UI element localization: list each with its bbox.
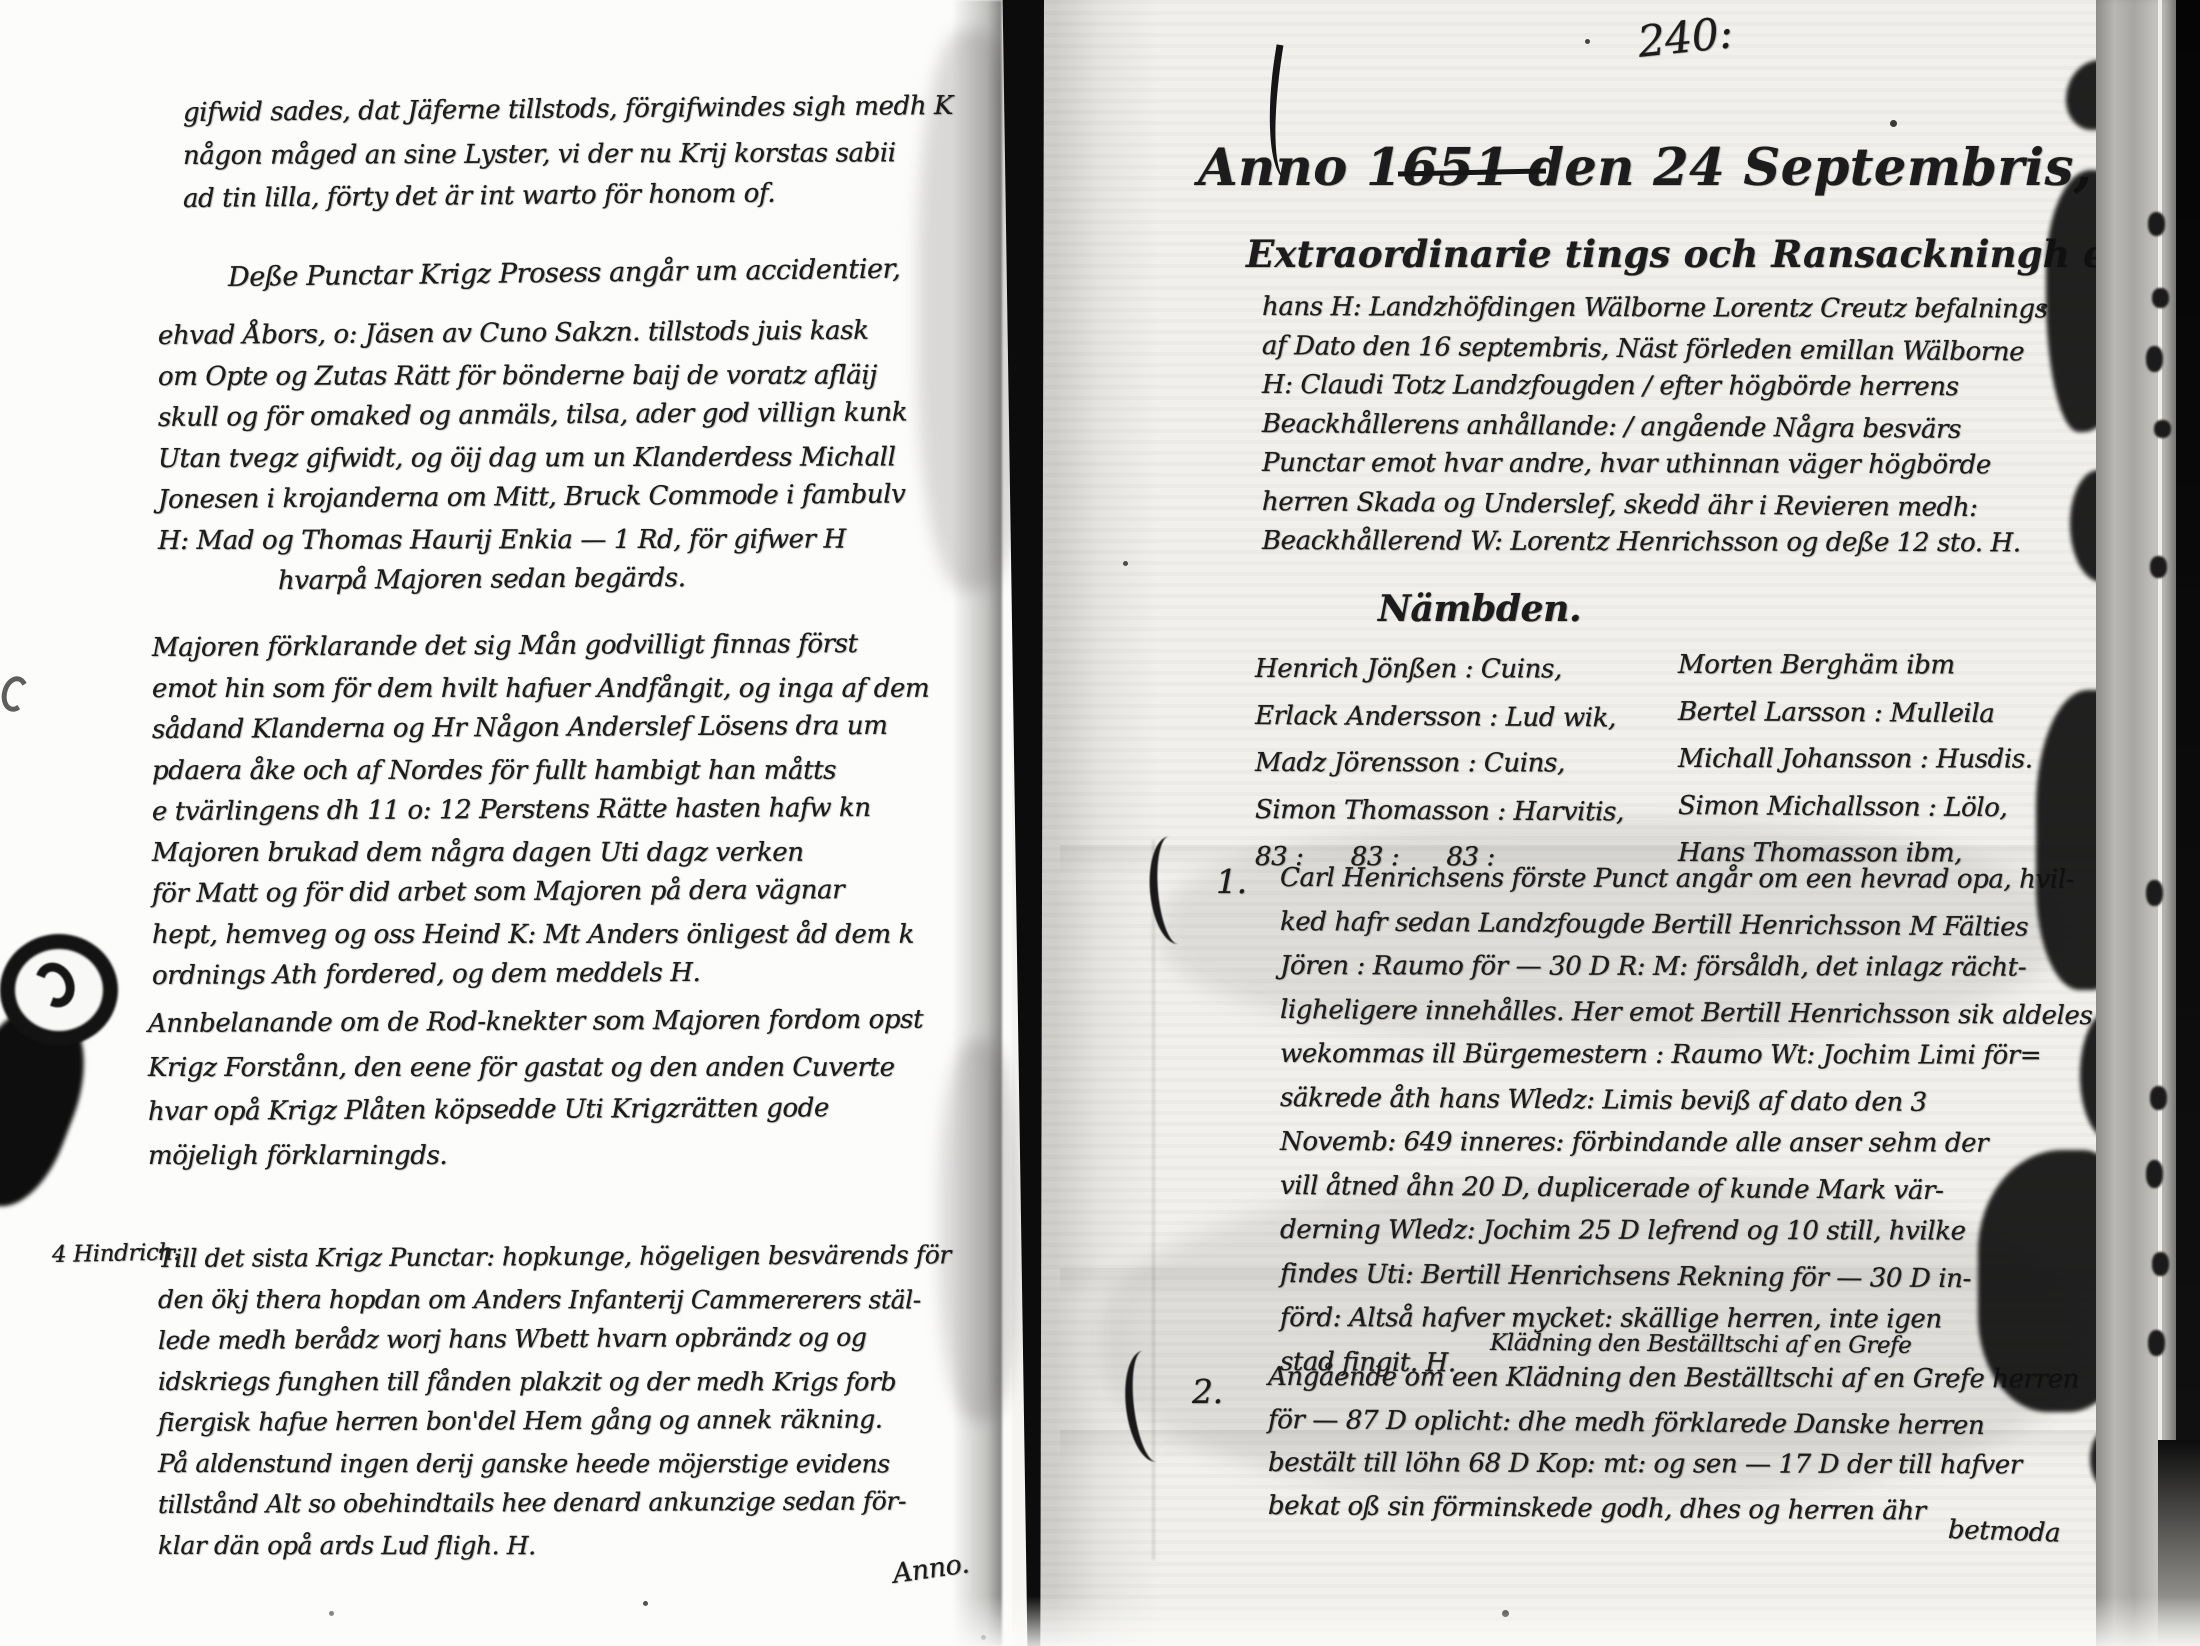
manuscript-line: Henrich Jönßen : Cuins, [1255, 646, 1624, 694]
sub-heading: Extraordinarie tings och Ransackningh ef… [1246, 232, 2184, 276]
dust-specks [0, 0, 3, 3]
manuscript-line: wekommas ill Bürgemestern : Raumo Wt: Jo… [1280, 1032, 2093, 1078]
showthrough-ink [2152, 288, 2169, 308]
manuscript-line: Erlack Andersson : Lud wik, [1255, 693, 1624, 742]
manuscript-line: ligheligere innehålles. Her emot Bertill… [1280, 988, 2093, 1038]
rp-item1-number: 1. [1216, 862, 1247, 902]
manuscript-line: Angående om een Klädning den Beställtsch… [1268, 1356, 2079, 1402]
page-edge-highlight [2158, 0, 2162, 1646]
manuscript-line: Simon Michallsson : Lölo, [1678, 783, 2033, 832]
page-number: 240: [1635, 8, 1735, 68]
manuscript-line: Madz Jörensson : Cuins, [1255, 740, 1624, 788]
stacked-page-edge [2096, 0, 2180, 1646]
manuscript-line: Carl Henrichsens förste Punct angår om e… [1280, 856, 2093, 902]
manuscript-line: säkrede åth hans Wledz: Limis beviß af d… [1280, 1076, 2093, 1126]
manuscript-line: derning Wledz: Jochim 25 D lefrend og 10… [1280, 1208, 2093, 1254]
showthrough-ink [2148, 1330, 2165, 1356]
showthrough-ink [2146, 346, 2163, 372]
bottom-page-fade [0, 1596, 2200, 1646]
showthrough-ink [2146, 880, 2163, 906]
manuscript-line: Michall Johansson : Husdis. [1678, 736, 2033, 783]
manuscript-line: Novemb: 649 inneres: förbindande alle an… [1280, 1120, 2093, 1166]
manuscript-line: Bertel Larsson : Mulleila [1678, 689, 2033, 738]
manuscript-line: H: Claudi Totz Landzfougden / efter högb… [1262, 366, 2048, 407]
manuscript-line: findes Uti: Bertill Henrichsens Rekning … [1280, 1252, 2093, 1302]
showthrough-ink [2150, 1086, 2167, 1110]
gutter-smudge [952, 0, 1002, 1646]
manuscript-line: Punctar emot hvar andre, hvar uthinnan v… [1262, 444, 2048, 485]
rp-item1-text: Carl Henrichsens förste Punct angår om e… [1280, 856, 2092, 1384]
showthrough-ink [2148, 212, 2165, 236]
manuscript-line: 2. [1192, 1372, 1223, 1412]
rp-item2-text: Angående om een Klädning den Beställtsch… [1268, 1356, 2079, 1528]
main-heading: Anno 1651 den 24 Septembris, Hölthes [1198, 138, 2200, 198]
rp-item2-number: 2. [1192, 1372, 1223, 1412]
manuscript-line: Beackhållerend W: Lorentz Henrichsson og… [1262, 522, 2048, 563]
rp-jury-right: Morten Berghäm ibmBertel Larsson : Mulle… [1678, 642, 2033, 877]
manuscript-line: hans H: Landzhöfdingen Wälborne Lorentz … [1262, 288, 2048, 329]
manuscript-line: vill åtned åhn 20 D, duplicerade of kund… [1280, 1164, 2093, 1214]
manuscript-line: Morten Berghäm ibm [1678, 642, 2033, 689]
showthrough-ink [2146, 1160, 2163, 1188]
book-cover-edge [2176, 0, 2200, 1470]
rp-catchword: betmoda [1948, 1514, 2060, 1546]
showthrough-ink [2150, 556, 2167, 578]
showthrough-ink [2154, 420, 2171, 438]
manuscript-scan: gifwid sades, dat Jäferne tillstods, för… [0, 0, 2200, 1646]
manuscript-line: bestält till löhn 68 D Kop: mt: og sen —… [1268, 1442, 2079, 1488]
manuscript-line: betmoda [1947, 1514, 2060, 1550]
manuscript-line: för — 87 D oplicht: dhe medh förklarede … [1268, 1399, 2079, 1449]
rp-intro: hans H: Landzhöfdingen Wälborne Lorentz … [1262, 288, 2048, 561]
manuscript-line: Simon Thomasson : Harvitis, [1255, 787, 1624, 836]
jury-heading: Nämbden. [1378, 588, 1581, 630]
rp-item2-inserted: Klädning den Beställtschi af en Grefe [1490, 1328, 1911, 1358]
rp-jury-left: Henrich Jönßen : Cuins,Erlack Andersson … [1255, 646, 1624, 881]
manuscript-line: ked hafr sedan Landzfougde Bertill Henri… [1280, 900, 2093, 950]
showthrough-ink [2152, 1252, 2169, 1276]
manuscript-line: 1. [1216, 862, 1247, 902]
manuscript-line: Jören : Raumo för — 30 D R: M: försåldh,… [1280, 944, 2093, 990]
